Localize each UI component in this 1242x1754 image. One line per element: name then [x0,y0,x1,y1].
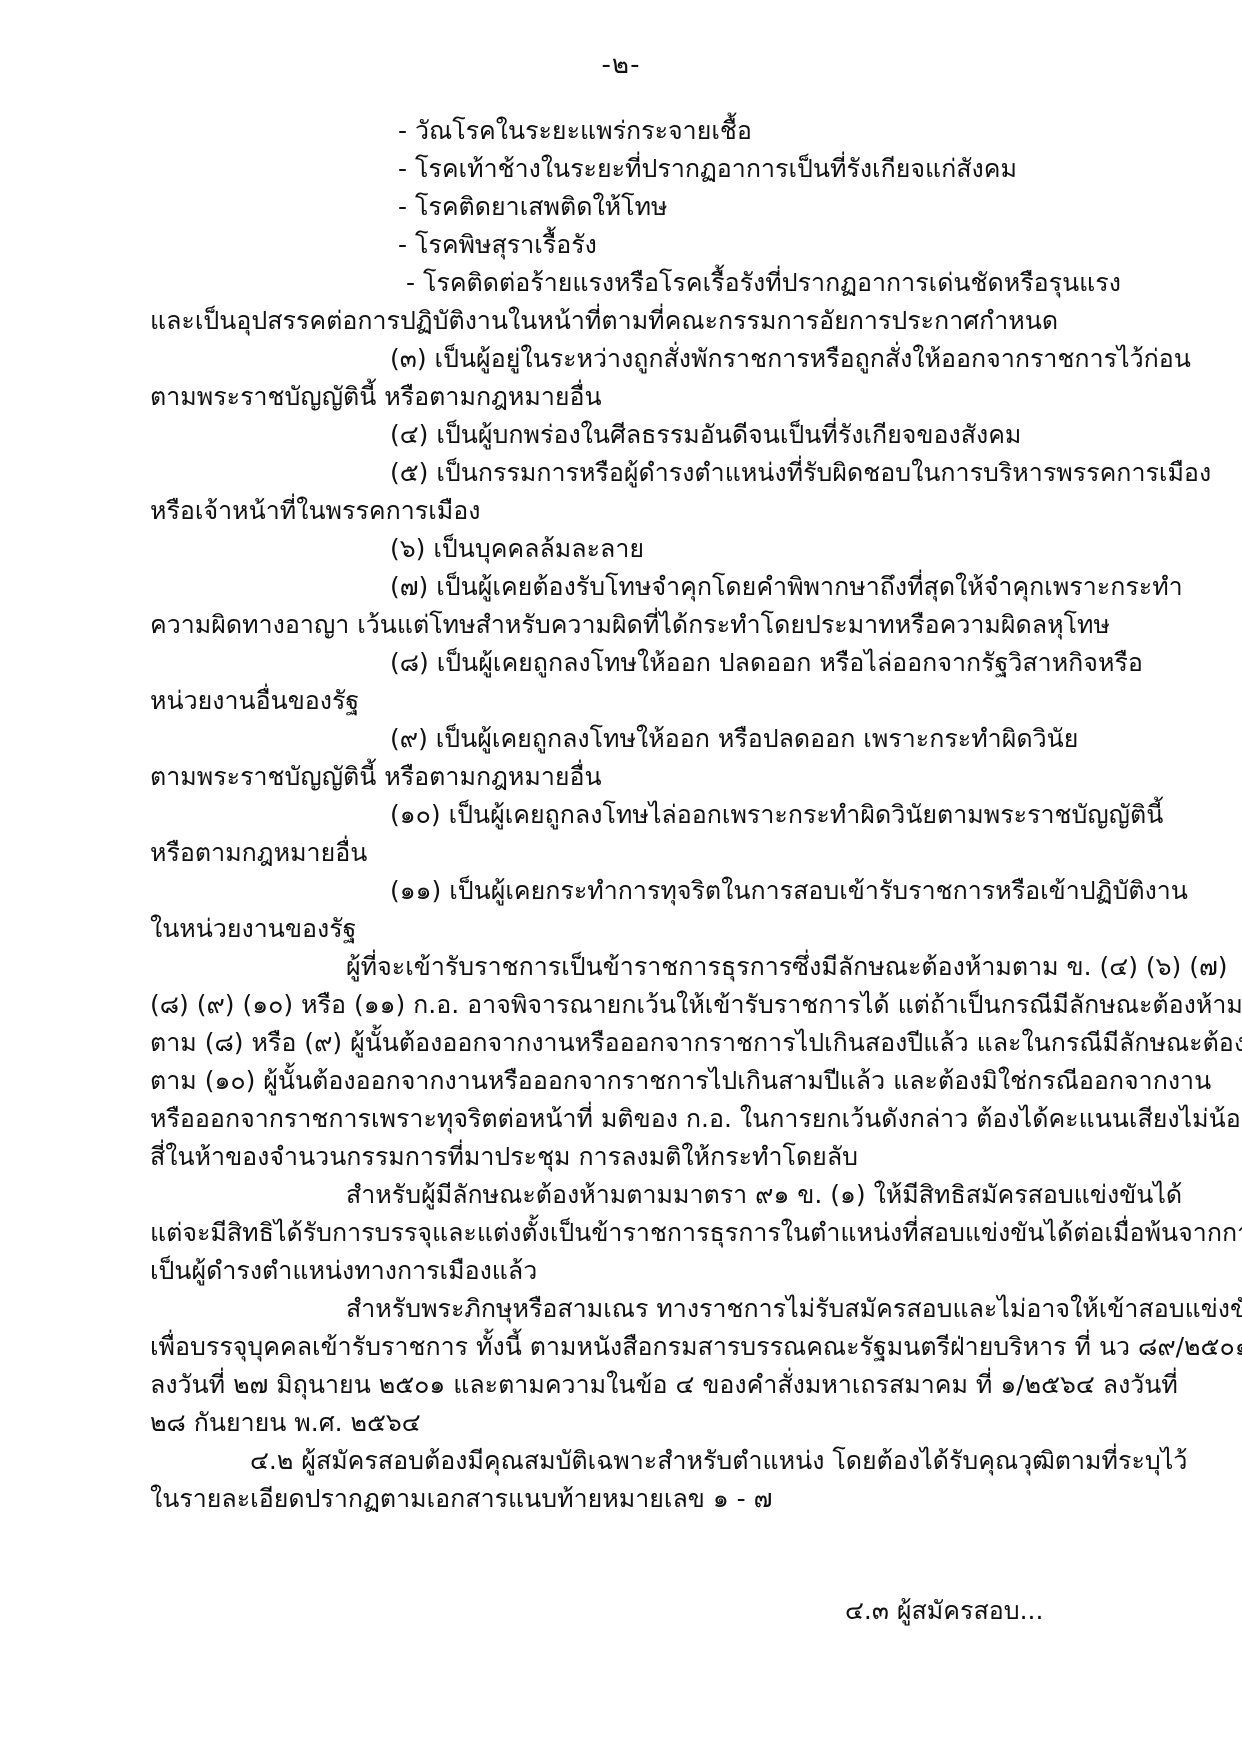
document-line: และเป็นอุปสรรคต่อการปฏิบัติงานในหน้าที่ต… [150,302,1202,340]
document-line: สำหรับผู้มีลักษณะต้องห้ามตามมาตรา ๙๑ ข. … [150,1176,1202,1214]
document-line: (๙) เป็นผู้เคยถูกลงโทษให้ออก หรือปลดออก … [150,720,1202,758]
document-line: เป็นผู้ดำรงตำแหน่งทางการเมืองแล้ว [150,1252,1202,1290]
document-line: (๘) เป็นผู้เคยถูกลงโทษให้ออก ปลดออก หรือ… [150,644,1202,682]
document-line: (๕) เป็นกรรมการหรือผู้ดำรงตำแหน่งที่รับผ… [150,454,1202,492]
document-line: ตาม (๑๐) ผู้นั้นต้องออกจากงานหรือออกจากร… [150,1062,1202,1100]
document-line: ในหน่วยงานของรัฐ [150,910,1202,948]
document-line: (๑๑) เป็นผู้เคยกระทำการทุจริตในการสอบเข้… [150,872,1202,910]
document-page: -๒- - วัณโรคในระยะแพร่กระจายเชื้อ- โรคเท… [0,0,1242,1754]
document-line: ความผิดทางอาญา เว้นแต่โทษสำหรับความผิดที… [150,606,1202,644]
document-line: หรือตามกฎหมายอื่น [150,834,1202,872]
document-line: หน่วยงานอื่นของรัฐ [150,682,1202,720]
document-line: ตาม (๘) หรือ (๙) ผู้นั้นต้องออกจากงานหรื… [150,1024,1202,1062]
page-number: -๒- [0,0,1242,84]
document-line: เพื่อบรรจุบุคคลเข้ารับราชการ ทั้งนี้ ตาม… [150,1328,1202,1366]
document-line: (๖) เป็นบุคคลล้มละลาย [150,530,1202,568]
document-line: - โรคติดยาเสพติดให้โทษ [150,188,1202,226]
footer-catchword: ๔.๓ ผู้สมัครสอบ... [845,1592,1043,1630]
document-line: สำหรับพระภิกษุหรือสามเณร ทางราชการไม่รับ… [150,1290,1202,1328]
document-line: ลงวันที่ ๒๗ มิถุนายน ๒๕๐๑ และตามความในข้… [150,1366,1202,1404]
document-line: - โรคพิษสุราเรื้อรัง [150,226,1202,264]
document-line: ๒๘ กันยายน พ.ศ. ๒๕๖๔ [150,1404,1202,1442]
document-line: หรือเจ้าหน้าที่ในพรรคการเมือง [150,492,1202,530]
document-line: ๔.๒ ผู้สมัครสอบต้องมีคุณสมบัติเฉพาะสำหรั… [150,1442,1202,1480]
document-line: - วัณโรคในระยะแพร่กระจายเชื้อ [150,112,1202,150]
document-line: สี่ในห้าของจำนวนกรรมการที่มาประชุม การลง… [150,1138,1202,1176]
document-line: ตามพระราชบัญญัตินี้ หรือตามกฎหมายอื่น [150,758,1202,796]
document-line: - โรคติดต่อร้ายแรงหรือโรคเรื้อรังที่ปราก… [150,264,1202,302]
document-line: ตามพระราชบัญญัตินี้ หรือตามกฎหมายอื่น [150,378,1202,416]
document-line: (๘) (๙) (๑๐) หรือ (๑๑) ก.อ. อาจพิจารณายก… [150,986,1202,1024]
document-body: - วัณโรคในระยะแพร่กระจายเชื้อ- โรคเท้าช้… [0,112,1242,1518]
document-line: (๑๐) เป็นผู้เคยถูกลงโทษไล่ออกเพราะกระทำผ… [150,796,1202,834]
document-line: ผู้ที่จะเข้ารับราชการเป็นข้าราชการธุรการ… [150,948,1202,986]
document-line: (๔) เป็นผู้บกพร่องในศีลธรรมอันดีจนเป็นที… [150,416,1202,454]
document-line: ในรายละเอียดปรากฏตามเอกสารแนบท้ายหมายเลข… [150,1480,1202,1518]
document-line: (๓) เป็นผู้อยู่ในระหว่างถูกสั่งพักราชการ… [150,340,1202,378]
document-line: หรือออกจากราชการเพราะทุจริตต่อหน้าที่ มต… [150,1100,1202,1138]
document-line: แต่จะมีสิทธิได้รับการบรรจุและแต่งตั้งเป็… [150,1214,1202,1252]
document-line: - โรคเท้าช้างในระยะที่ปรากฏอาการเป็นที่ร… [150,150,1202,188]
document-line: (๗) เป็นผู้เคยต้องรับโทษจำคุกโดยคำพิพากษ… [150,568,1202,606]
